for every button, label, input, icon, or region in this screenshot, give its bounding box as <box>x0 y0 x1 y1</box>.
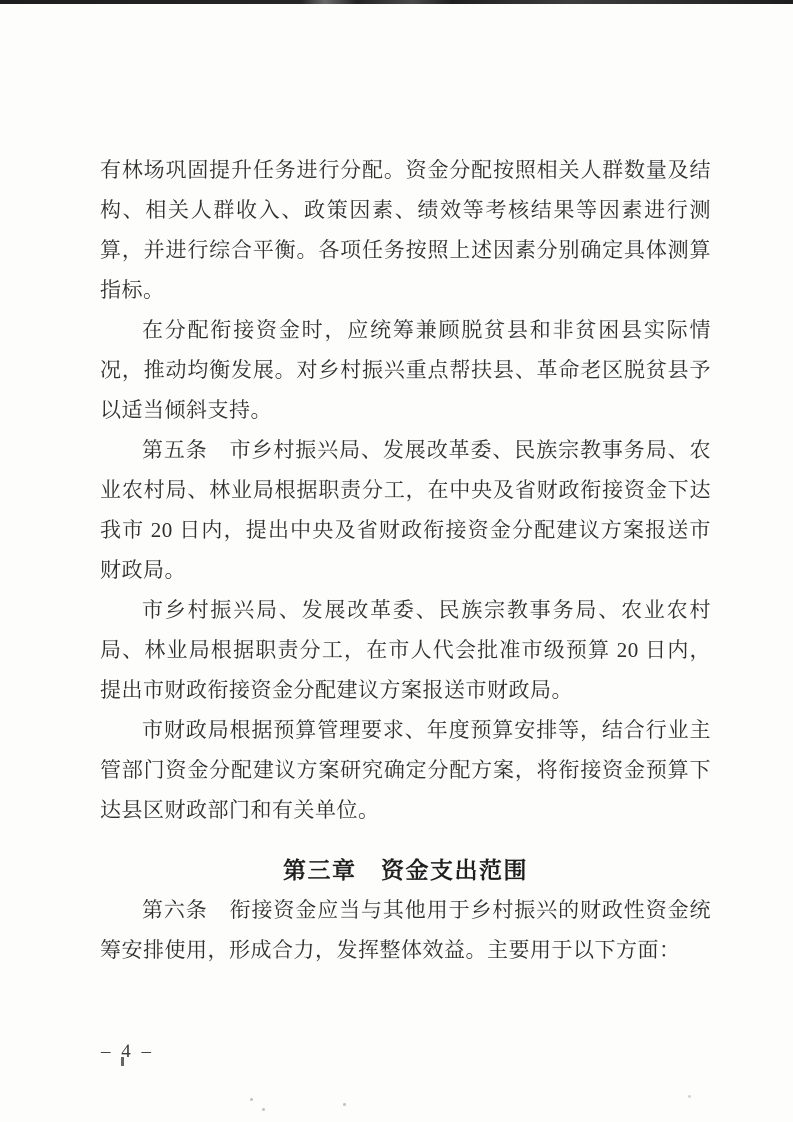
scan-artifact-top-edge <box>0 0 793 4</box>
page-number: – 4 – <box>101 1040 154 1064</box>
paragraph-continuation: 有林场巩固提升任务进行分配。资金分配按照相关人群数量及结构、相关人群收入、政策因… <box>100 150 711 310</box>
scan-speck <box>688 1095 691 1098</box>
scan-speck <box>250 1098 253 1101</box>
paragraph: 市财政局根据预算管理要求、年度预算安排等，结合行业主管部门资金分配建议方案研究确… <box>100 710 711 830</box>
paragraph: 市乡村振兴局、发展改革委、民族宗教事务局、农业农村局、林业局根据职责分工，在市人… <box>100 590 711 710</box>
document-body: 有林场巩固提升任务进行分配。资金分配按照相关人群数量及结构、相关人群收入、政策因… <box>100 150 711 970</box>
scan-artifact-mark <box>121 1057 124 1066</box>
paragraph-article-6: 第六条 衔接资金应当与其他用于乡村振兴的财政性资金统筹安排使用，形成合力，发挥整… <box>100 890 711 970</box>
scan-speck <box>343 1103 346 1106</box>
chapter-heading: 第三章 资金支出范围 <box>100 850 711 890</box>
paragraph-article-5: 第五条 市乡村振兴局、发展改革委、民族宗教事务局、农业农村局、林业局根据职责分工… <box>100 430 711 590</box>
document-page: 有林场巩固提升任务进行分配。资金分配按照相关人群数量及结构、相关人群收入、政策因… <box>0 0 793 1122</box>
paragraph: 在分配衔接资金时，应统筹兼顾脱贫县和非贫困县实际情况，推动均衡发展。对乡村振兴重… <box>100 310 711 430</box>
scan-speck <box>262 1108 265 1111</box>
